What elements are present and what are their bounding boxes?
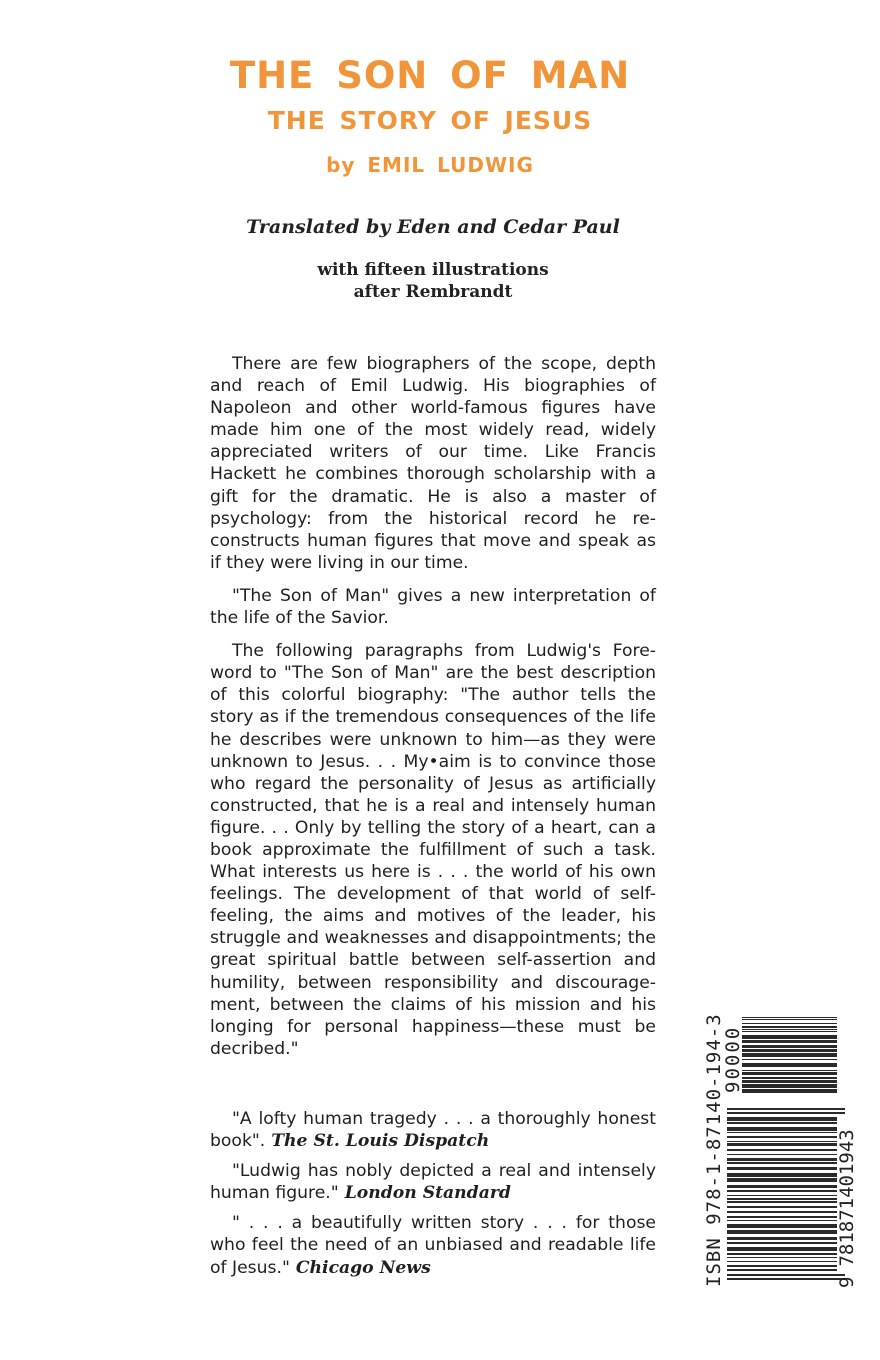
ean-digit-string: 781871401943 — [836, 1129, 858, 1266]
barcode-graphic — [0, 0, 880, 1360]
ean-digits: 9781871401943 — [836, 1129, 858, 1288]
addon-barcode — [742, 1017, 837, 1093]
addon-digits: 90000 — [722, 1026, 744, 1093]
ean-lead-digit: 9 — [836, 1277, 858, 1288]
ean-barcode — [727, 1108, 845, 1280]
